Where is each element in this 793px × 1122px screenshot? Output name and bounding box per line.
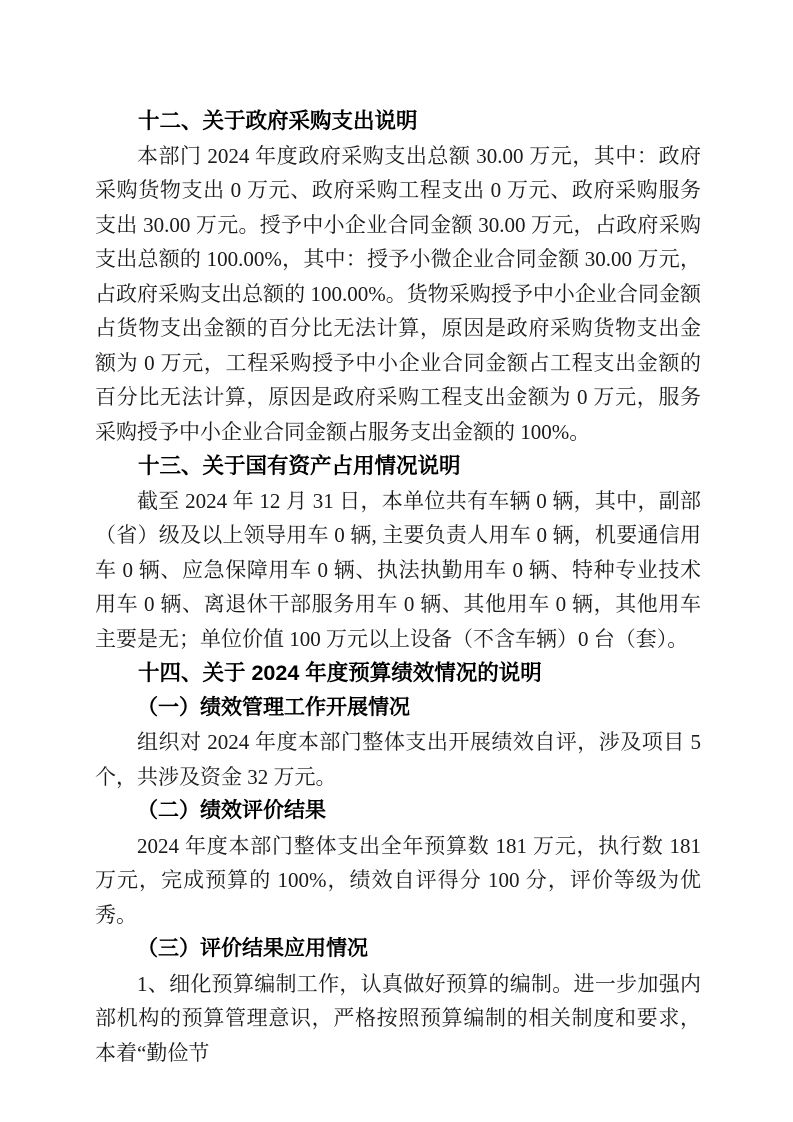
document-content: 十二、关于政府采购支出说明 本部门 2024 年度政府采购支出总额 30.00 … [95,104,701,1070]
subheading-evaluation-results: （二）绩效评价结果 [95,794,701,829]
section-heading-state-assets: 十三、关于国有资产占用情况说明 [95,449,701,484]
section-heading-budget-performance: 十四、关于 2024 年度预算绩效情况的说明 [95,656,701,691]
paragraph-state-assets: 截至 2024 年 12 月 31 日，本单位共有车辆 0 辆，其中，副部（省）… [95,484,701,657]
paragraph-evaluation-results: 2024 年度本部门整体支出全年预算数 181 万元，执行数 181 万元，完成… [95,829,701,933]
document-page: 十二、关于政府采购支出说明 本部门 2024 年度政府采购支出总额 30.00 … [0,0,793,1122]
paragraph-results-application: 1、细化预算编制工作，认真做好预算的编制。进一步加强内部机构的预算管理意识，严格… [95,967,701,1071]
section-heading-gov-procurement: 十二、关于政府采购支出说明 [95,104,701,139]
subheading-results-application: （三）评价结果应用情况 [95,932,701,967]
subheading-performance-management: （一）绩效管理工作开展情况 [95,691,701,726]
paragraph-gov-procurement: 本部门 2024 年度政府采购支出总额 30.00 万元，其中：政府采购货物支出… [95,139,701,450]
paragraph-performance-management: 组织对 2024 年度本部门整体支出开展绩效自评，涉及项目 5 个，共涉及资金 … [95,725,701,794]
